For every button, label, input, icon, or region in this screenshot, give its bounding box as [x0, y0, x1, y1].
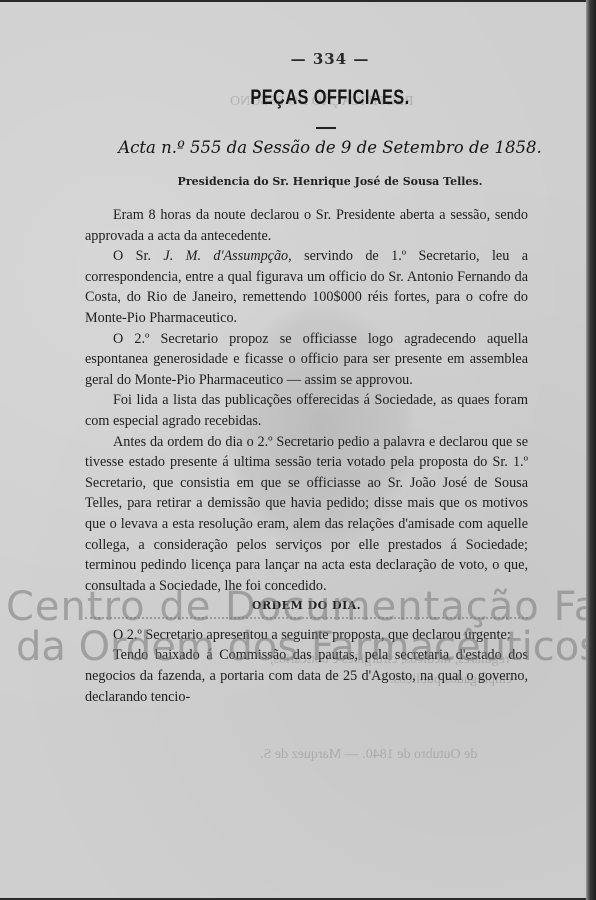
order-of-day-heading: ORDEM DO DIA.	[85, 596, 528, 617]
paragraph-declaration: Antes da ordem do dia o 2.º Secretario p…	[85, 432, 528, 597]
paragraph-opening: Eram 8 horas da noute declarou o Sr. Pre…	[85, 205, 528, 246]
section-title: PEÇAS OFFICIAES.	[164, 86, 496, 110]
minutes-body: Eram 8 horas da noute declarou o Sr. Pre…	[85, 205, 528, 707]
acta-heading: Acta n.º 555 da Sessão de 9 de Setembro …	[115, 138, 545, 157]
presidency-line: Presidencia do Sr. Henrique José de Sous…	[117, 175, 543, 188]
page-number: — 334 —	[117, 50, 543, 68]
paragraph-urgent-proposal: O 2.º Secretario apresentou a seguinte p…	[85, 625, 528, 646]
paragraph-correspondence: O Sr. J. M. d'Assumpção, servindo de 1.º…	[85, 246, 528, 328]
bleed-through-text: de Outubro de 1840. — Marquez de S.	[260, 747, 477, 763]
paragraph-proposal-thanks: O 2.º Secretario propoz se officiasse lo…	[85, 329, 528, 391]
title-rule	[316, 127, 336, 129]
book-spine-edge	[586, 0, 596, 900]
dotted-divider	[85, 617, 528, 619]
paragraph-publications: Foi lida a lista das publicações offerec…	[85, 390, 528, 431]
paragraph-pautas: Tendo baixado á Commissão das pautas, pe…	[85, 645, 528, 707]
scanned-page: RECTIFICAÇÃO DO ESSONO regulares, medico…	[0, 2, 586, 898]
italic-name: J. M. d'Assumpção	[163, 248, 288, 264]
